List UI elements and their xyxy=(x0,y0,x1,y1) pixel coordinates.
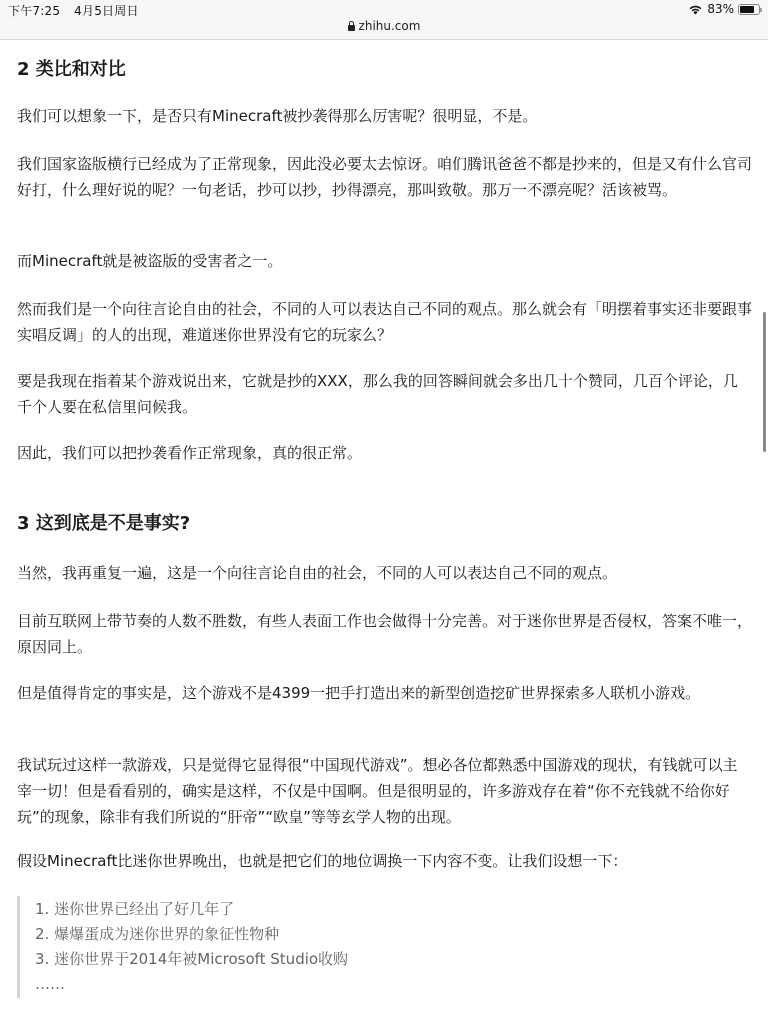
paragraph: 当然，我再重复一遍，这是一个向往言论自由的社会，不同的人可以表达自己不同的观点。 xyxy=(17,560,752,586)
address-bar[interactable]: zhihu.com xyxy=(0,19,768,33)
paragraph: 我们国家盗版横行已经成为了正常现象，因此没必要太去惊讶。咱们腾讯爸爸不都是抄来的… xyxy=(17,151,752,203)
quote-item: 3. 迷你世界于2014年被Microsoft Studio收购 xyxy=(35,947,517,972)
wifi-icon xyxy=(688,4,703,15)
browser-top-bar: 下午7:25 4月5日周日 83% zhihu.com xyxy=(0,0,768,40)
battery-percent: 83% xyxy=(707,2,734,16)
section-heading: 2 类比和对比 xyxy=(17,56,126,84)
url-text[interactable]: zhihu.com xyxy=(359,19,421,33)
status-bar-right: 83% xyxy=(688,2,760,16)
quote-item: 2. 爆爆蛋成为迷你世界的象征性物种 xyxy=(35,922,517,947)
paragraph: 目前互联网上带节奏的人数不胜数，有些人表面工作也会做得十分完善。对于迷你世界是否… xyxy=(17,608,752,660)
paragraph: 因此，我们可以把抄袭看作正常现象，真的很正常。 xyxy=(17,440,752,466)
paragraph: 要是我现在指着某个游戏说出来，它就是抄的XXX，那么我的回答瞬间就会多出几十个赞… xyxy=(17,368,752,420)
status-bar-left: 下午7:25 4月5日周日 xyxy=(8,2,149,19)
paragraph: 假设Minecraft比迷你世界晚出，也就是把它们的地位调换一下内容不变。让我们… xyxy=(17,848,752,874)
scrollbar[interactable] xyxy=(763,312,766,452)
paragraph: 然而我们是一个向往言论自由的社会，不同的人可以表达自己不同的观点。那么就会有「明… xyxy=(17,296,752,348)
status-date: 4月5日周日 xyxy=(74,4,138,18)
battery-icon xyxy=(738,4,760,15)
quote-item: 1. 迷你世界已经出了好几年了 xyxy=(35,897,517,922)
paragraph: 我试玩过这样一款游戏，只是觉得它显得很“中国现代游戏”。想必各位都熟悉中国游戏的… xyxy=(17,752,752,830)
status-time: 下午7:25 xyxy=(8,4,60,18)
lock-icon xyxy=(348,25,355,31)
paragraph: 我们可以想象一下，是否只有Minecraft被抄袭得那么厉害呢？很明显，不是。 xyxy=(17,103,752,129)
quote-item: …… xyxy=(35,972,517,997)
paragraph: 但是值得肯定的事实是，这个游戏不是4399一把手打造出来的新型创造挖矿世界探索多… xyxy=(17,680,752,706)
quote-list: 1. 迷你世界已经出了好几年了 2. 爆爆蛋成为迷你世界的象征性物种 3. 迷你… xyxy=(17,896,517,998)
paragraph: 而Minecraft就是被盗版的受害者之一。 xyxy=(17,248,752,274)
section-heading: 3 这到底是不是事实? xyxy=(17,510,190,538)
